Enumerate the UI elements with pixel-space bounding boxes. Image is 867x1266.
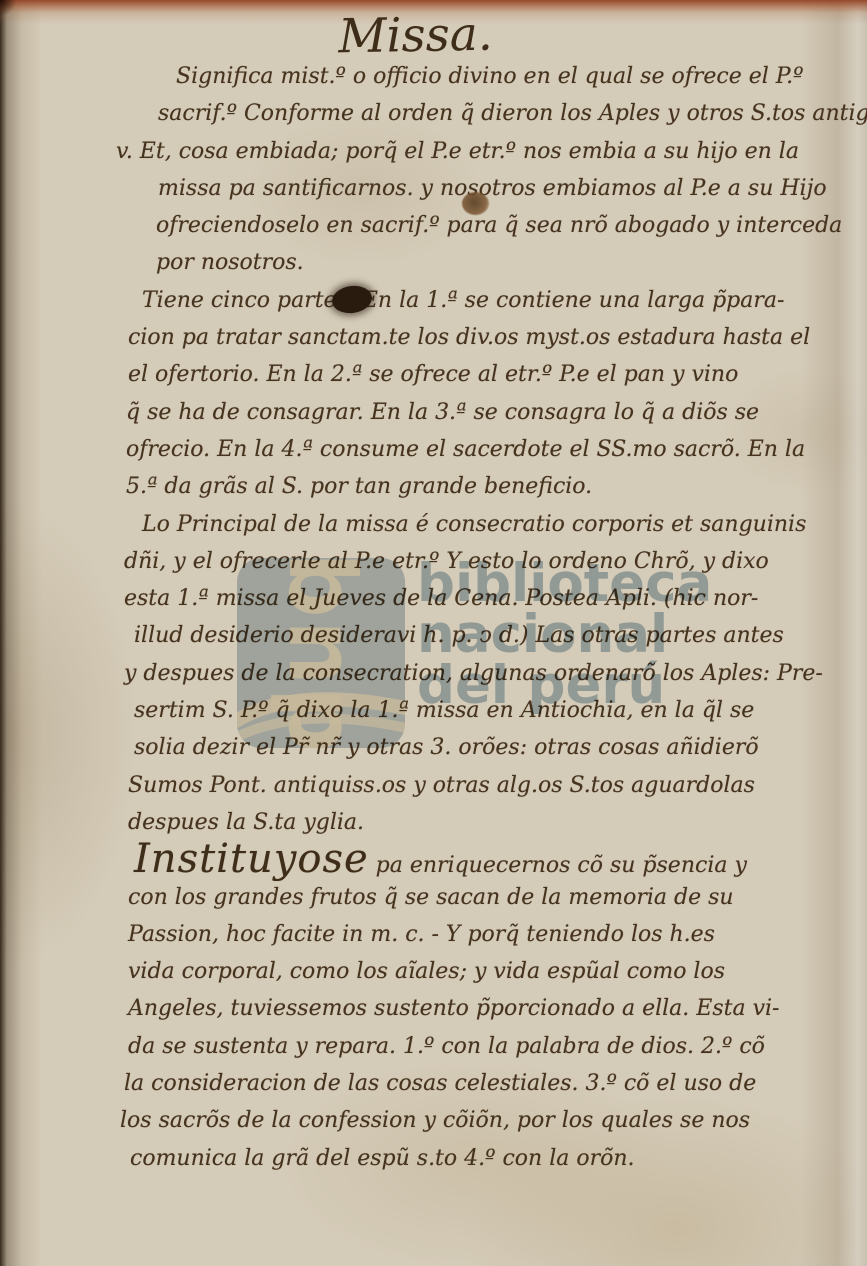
manuscript-line: missa pa santificarnos. y nosotros embia… — [158, 170, 857, 207]
manuscript-line: sacrif.º Conforme al orden q̃ dieron los… — [158, 95, 857, 132]
manuscript-line: Instituyose pa enriquecernos cõ su p̃sen… — [134, 841, 857, 878]
manuscript-line: illud desiderio desideravi h. p. ↄ d.) L… — [134, 617, 857, 654]
ink-stain — [462, 192, 489, 215]
manuscript-line: da se sustenta y repara. 1.º con la pala… — [128, 1028, 857, 1065]
manuscript-line: por nosotros. — [156, 244, 857, 281]
manuscript-line: con los grandes frutos q̃ se sacan de la… — [128, 879, 857, 916]
manuscript-line: v. Et, cosa embiada; porq̃ el P.e etr.º … — [116, 133, 857, 170]
manuscript-line: 5.ª da grãs al S. por tan grande benefic… — [126, 468, 857, 505]
manuscript-line: solia dezir el Pr̃ nr̃ y otras 3. orões:… — [134, 729, 857, 766]
manuscript-line: esta 1.ª missa el Jueves de la Cena. Pos… — [124, 580, 857, 617]
manuscript-text: Significa mist.º o officio divino en el … — [112, 58, 857, 1177]
manuscript-line: Angeles, tuviessemos sustento p̃porciona… — [128, 990, 857, 1027]
manuscript-line: Sumos Pont. antiquiss.os y otras alg.os … — [128, 767, 857, 804]
manuscript-line: Lo Principal de la missa é consecratio c… — [142, 506, 857, 543]
manuscript-line: comunica la grã del espũ s.to 4.º con la… — [130, 1140, 857, 1177]
manuscript-line: q̃ se ha de consagrar. En la 3.ª se cons… — [126, 394, 857, 431]
manuscript-line: Significa mist.º o officio divino en el … — [176, 58, 857, 95]
instituyose-heading: Instituyose — [134, 836, 369, 882]
manuscript-line: ofrecio. En la 4.ª consume el sacerdote … — [126, 431, 857, 468]
manuscript-line: Passion, hoc facite in m. c. - Y porq̃ t… — [128, 916, 857, 953]
manuscript-line: Tiene cinco partes. En la 1.ª se contien… — [142, 282, 857, 319]
manuscript-line: cion pa tratar sanctam.te los div.os mys… — [128, 319, 857, 356]
manuscript-line: el ofertorio. En la 2.ª se ofrece al etr… — [128, 356, 857, 393]
manuscript-line: vida corporal, como los aĩales; y vida e… — [128, 953, 857, 990]
manuscript-line: y despues de la consecration, algunas or… — [124, 655, 857, 692]
manuscript-line: dñi, y el ofrecerle al P.e etr.º Y esto … — [124, 543, 857, 580]
manuscript-line: la consideracion de las cosas celestiale… — [124, 1065, 857, 1102]
manuscript-page: Missa. Significa mist.º o officio divino… — [0, 0, 867, 1266]
manuscript-line: los sacrõs de la confession y cõiõn, por… — [120, 1102, 857, 1139]
manuscript-line: sertim S. P.º q̃ dixo la 1.ª missa en An… — [134, 692, 857, 729]
manuscript-line: ofreciendoselo en sacrif.º para q̃ sea n… — [156, 207, 857, 244]
